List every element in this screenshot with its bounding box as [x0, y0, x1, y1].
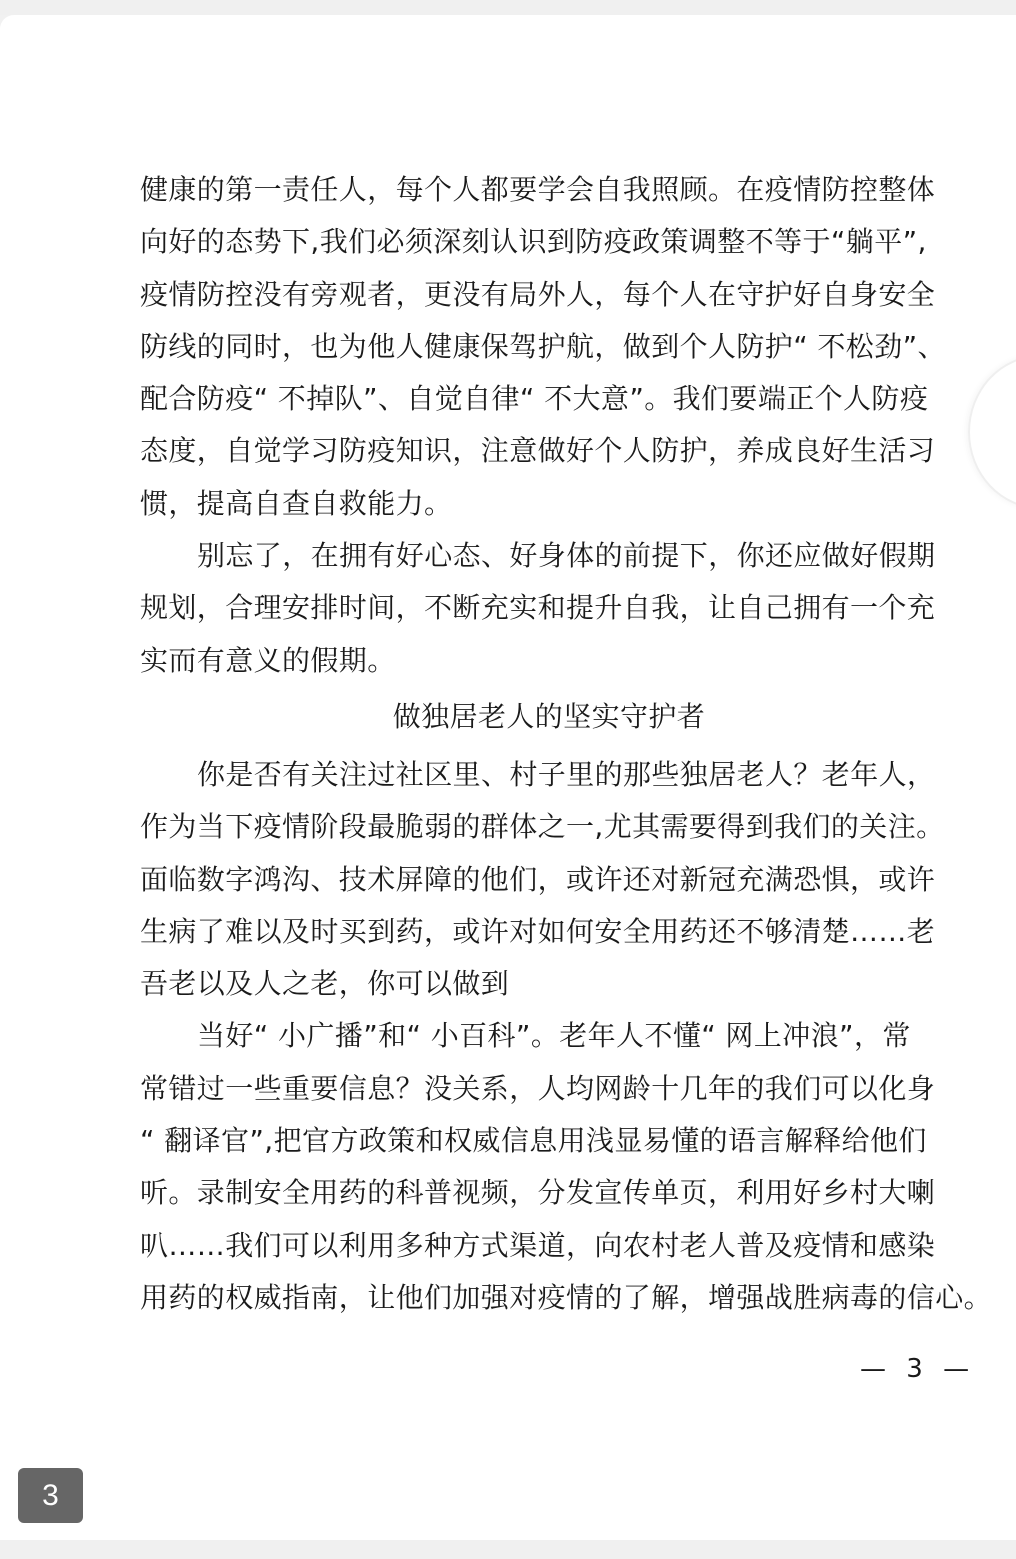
text-line: 配合防疫“ 不掉队”、自觉自律“ 不大意”。我们要端正个人防疫 — [140, 373, 958, 425]
document-body: 健康的第一责任人，每个人都要学会自我照顾。在疫情防控整体 向好的态势下,我们必须… — [140, 164, 958, 1324]
text-line: 你是否有关注过社区里、村子里的那些独居老人？老年人， — [140, 749, 958, 801]
text-line: 用药的权威指南，让他们加强对疫情的了解，增强战胜病毒的信心。 — [140, 1272, 958, 1324]
text-line: “ 翻译官”,把官方政策和权威信息用浅显易懂的语言解释给他们 — [140, 1115, 958, 1167]
text-line: 常错过一些重要信息？没关系，人均网龄十几年的我们可以化身 — [140, 1063, 958, 1115]
text-line: 规划，合理安排时间，不断充实和提升自我，让自己拥有一个充 — [140, 582, 958, 634]
text-line: 惯，提高自查自救能力。 — [140, 478, 958, 530]
paragraph: 别忘了，在拥有好心态、好身体的前提下，你还应做好假期 规划，合理安排时间，不断充… — [140, 530, 958, 687]
paragraph: 健康的第一责任人，每个人都要学会自我照顾。在疫情防控整体 向好的态势下,我们必须… — [140, 164, 958, 530]
text-line: 叭……我们可以利用多种方式渠道，向农村老人普及疫情和感染 — [140, 1220, 958, 1272]
text-line: 疫情防控没有旁观者，更没有局外人，每个人在守护好自身安全 — [140, 269, 958, 321]
text-line: 态度，自觉学习防疫知识，注意做好个人防护，养成良好生活习 — [140, 425, 958, 477]
text-line: 实而有意义的假期。 — [140, 635, 958, 687]
text-line: 吾老以及人之老，你可以做到 — [140, 958, 958, 1010]
page-indicator-badge[interactable]: 3 — [18, 1468, 83, 1523]
text-line: 面临数字鸿沟、技术屏障的他们，或许还对新冠充满恐惧，或许 — [140, 854, 958, 906]
text-line: 健康的第一责任人，每个人都要学会自我照顾。在疫情防控整体 — [140, 164, 958, 216]
viewer-top-band — [0, 0, 1016, 15]
page-number-footer: — 3 — — [860, 1354, 975, 1384]
text-line: 作为当下疫情阶段最脆弱的群体之一,尤其需要得到我们的关注。 — [140, 801, 958, 853]
text-line: 听。录制安全用药的科普视频，分发宣传单页，利用好乡村大喇 — [140, 1167, 958, 1219]
text-line: 别忘了，在拥有好心态、好身体的前提下，你还应做好假期 — [140, 530, 958, 582]
text-line: 向好的态势下,我们必须深刻认识到防疫政策调整不等于“躺平”, — [140, 216, 958, 268]
viewer-bottom-band — [0, 1540, 1016, 1559]
text-line: 防线的同时，也为他人健康保驾护航，做到个人防护“ 不松劲”、 — [140, 321, 958, 373]
text-line: 生病了难以及时买到药，或许对如何安全用药还不够清楚……老 — [140, 906, 958, 958]
paragraph: 你是否有关注过社区里、村子里的那些独居老人？老年人， 作为当下疫情阶段最脆弱的群… — [140, 749, 958, 1010]
section-heading: 做独居老人的坚实守护者 — [140, 689, 958, 745]
paragraph: 当好“ 小广播”和“ 小百科”。老年人不懂“ 网上冲浪”，常 常错过一些重要信息… — [140, 1010, 958, 1324]
text-line: 当好“ 小广播”和“ 小百科”。老年人不懂“ 网上冲浪”，常 — [140, 1010, 958, 1062]
